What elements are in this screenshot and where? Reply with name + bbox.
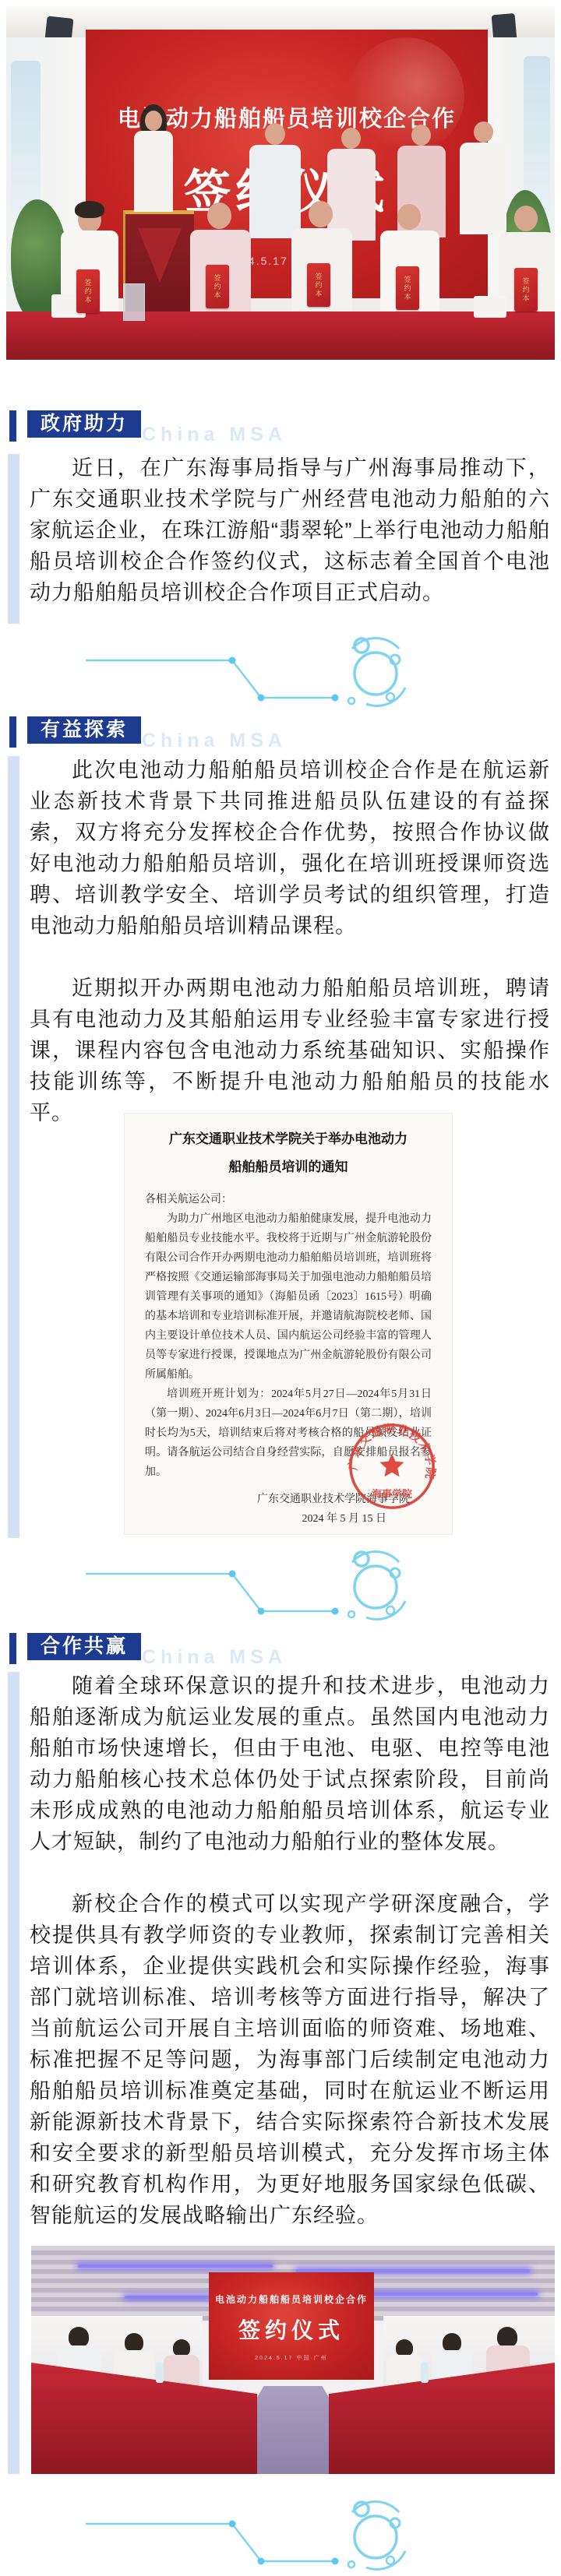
signing-folder: 签约本 xyxy=(307,263,330,307)
attendee-head xyxy=(125,2333,143,2352)
water-bottle xyxy=(156,2363,164,2383)
section-divider xyxy=(0,1540,561,1626)
ceiling-led-strip xyxy=(78,2265,273,2268)
notice-title-line2: 船舶船员培训的通知 xyxy=(145,1156,432,1179)
window-left xyxy=(11,61,41,216)
folder-label: 签约本 xyxy=(314,273,324,298)
signing-folder: 签约本 xyxy=(76,269,100,313)
circuit-circle-motif xyxy=(348,2501,405,2569)
speaker-woman-body xyxy=(134,131,173,212)
screen-ship-art xyxy=(348,37,464,154)
notice-sign-date: 2024 年 5 月 15 日 xyxy=(145,1510,432,1529)
seated-person-head xyxy=(397,204,421,230)
attendee-head xyxy=(173,2339,190,2356)
china-msa-watermark: China MSA xyxy=(142,424,287,446)
article-page: 电池动力船舶船员培训校企合作 签约仪式 2024.5.17 中国·广州 xyxy=(0,0,561,2576)
seated-person-hair xyxy=(75,201,104,218)
paragraph-strip xyxy=(8,756,19,1538)
circuit-circle-motif xyxy=(348,638,405,706)
standing-person-head xyxy=(474,121,493,143)
screen-subtitle: 签约仪式 xyxy=(209,2314,374,2345)
water-bottle xyxy=(421,2363,429,2383)
folder-label: 签约本 xyxy=(521,277,531,303)
china-msa-watermark: China MSA xyxy=(142,1646,287,1669)
folder-label: 签约本 xyxy=(83,279,93,304)
standing-person-body xyxy=(327,149,376,241)
folder-label: 签约本 xyxy=(213,274,223,300)
section-divider xyxy=(0,627,561,713)
circuit-circle-motif xyxy=(348,1551,405,1619)
paragraph: 近日，在广东海事局指导与广州海事局推动下，广东交通职业技术学院与广州经营电池动力… xyxy=(30,452,550,608)
signing-folder: 签约本 xyxy=(514,268,538,311)
section-title: 合作共赢 xyxy=(27,1633,141,1660)
seal-bottom-text: 海事学院 xyxy=(372,1488,412,1500)
standing-person-body xyxy=(460,143,506,234)
china-msa-watermark: China MSA xyxy=(142,730,287,752)
notice-body-paragraph: 为助力广州地区电池动力船舶健康发展，提升电池动力船舶船员专业技能水平。我校将于近… xyxy=(145,1209,432,1385)
notice-salutation: 各相关航运公司： xyxy=(145,1190,432,1209)
attendee-head xyxy=(396,2339,413,2356)
section-title: 有益探索 xyxy=(27,716,141,744)
acrylic-stand xyxy=(123,283,145,321)
paragraph: 近期拟开办两期电池动力船舶船员培训班，聘请具有电池动力及其船舶运用专业经验丰富专… xyxy=(30,973,550,1128)
top-ceremony-photo[interactable]: 电池动力船舶船员培训校企合作 签约仪式 2024.5.17 中国·广州 xyxy=(6,6,555,360)
attendee-head xyxy=(69,2327,89,2347)
section-divider xyxy=(0,2490,561,2576)
speaker-woman-head xyxy=(145,111,162,131)
bottom-ceremony-photo[interactable]: 电池动力船舶船员培训校企合作 签约仪式 2024.5.17 中国·广州 xyxy=(31,2246,555,2474)
paragraph-strip xyxy=(8,454,19,624)
standing-person-head xyxy=(341,128,361,149)
seated-person-head xyxy=(514,206,538,231)
signing-folder: 签约本 xyxy=(396,266,419,310)
standing-person-head xyxy=(411,125,431,146)
attendee-head xyxy=(443,2333,461,2352)
section-header-winwin: 合作共赢 xyxy=(9,1633,141,1664)
paragraph-strip xyxy=(8,1672,19,2474)
paragraph: 新校企合作的模式可以实现产学研深度融合，学校提供具有教学师资的专业教师，探索制订… xyxy=(30,1888,550,2231)
section-header-exploration: 有益探索 xyxy=(9,716,141,748)
screen-title: 电池动力船舶船员培训校企合作 xyxy=(209,2293,374,2306)
tissue-box xyxy=(474,296,506,318)
ceiling-led-strip xyxy=(366,2293,538,2296)
standing-person-body xyxy=(249,145,301,238)
seal-star xyxy=(379,1453,404,1476)
signing-folder: 签约本 xyxy=(206,265,229,308)
seated-person-head xyxy=(207,202,231,229)
signing-table xyxy=(6,311,555,360)
screen-date: 2024.5.17 中国·广州 xyxy=(209,2354,374,2362)
notice-title-line1: 广东交通职业技术学院关于举办电池动力 xyxy=(145,1128,432,1151)
header-accent-bar xyxy=(9,716,16,748)
header-accent-bar xyxy=(9,1633,16,1664)
paragraph: 随着全球环保意识的提升和技术进步，电池动力船舶逐渐成为航运业发展的重点。虽然国内… xyxy=(30,1670,550,1857)
led-screen: 电池动力船舶船员培训校企合作 签约仪式 2024.5.17 中国·广州 xyxy=(209,2272,374,2380)
section-header-government: 政府助力 xyxy=(9,410,141,442)
paragraph: 此次电池动力船舶船员培训校企合作是在航运新业态新技术背景下共同推进船员队伍建设的… xyxy=(30,755,550,941)
standing-person-head xyxy=(265,123,285,145)
official-red-seal: 广东交通职业技术学院 海事学院 xyxy=(346,1420,438,1512)
header-accent-bar xyxy=(9,410,16,442)
folder-label: 签约本 xyxy=(403,276,413,301)
seated-person-head xyxy=(309,201,333,227)
notice-document-image[interactable]: 广东交通职业技术学院关于举办电池动力 船舶船员培训的通知 各相关航运公司： 为助… xyxy=(125,1114,452,1534)
attendee-head xyxy=(497,2327,517,2347)
section-title: 政府助力 xyxy=(27,410,141,438)
